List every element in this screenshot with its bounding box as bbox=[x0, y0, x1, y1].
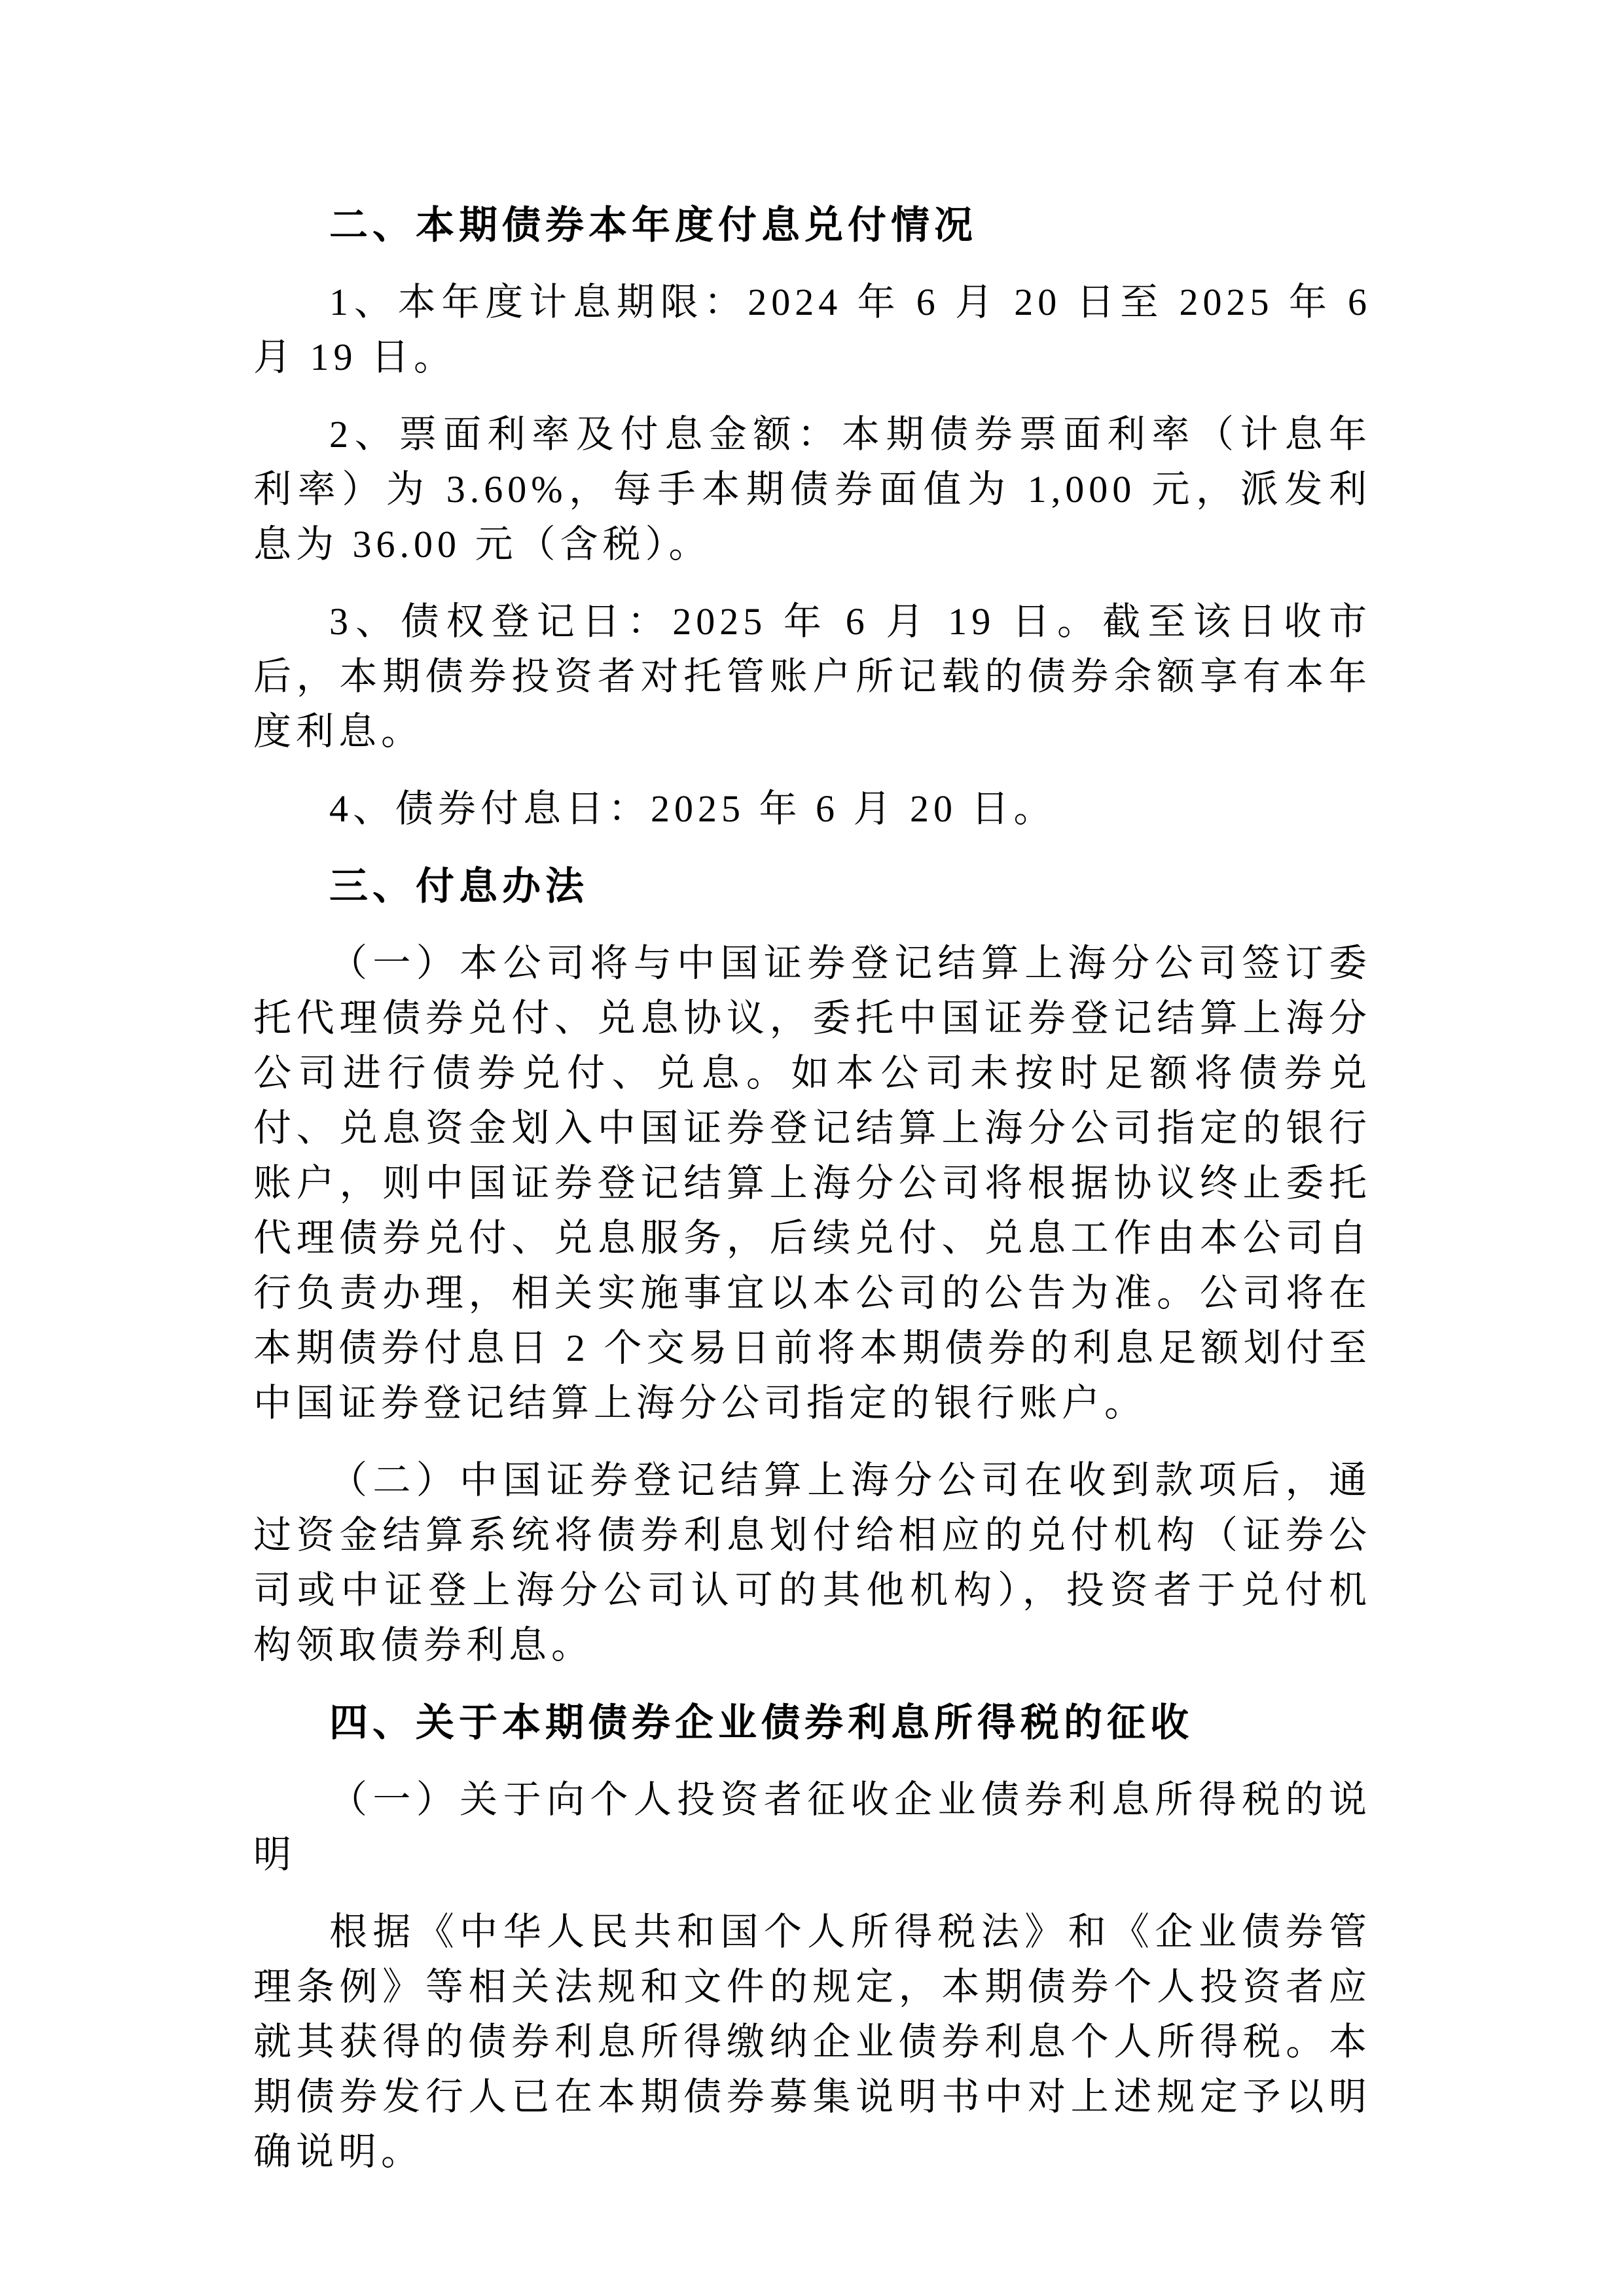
paragraph-individual-tax-note-body: 根据《中华人民共和国个人所得税法》和《企业债券管理条例》等相关法规和文件的规定，… bbox=[253, 1905, 1371, 2179]
document-page: 二、本期债券本年度付息兑付情况 1、本年度计息期限：2024 年 6 月 20 … bbox=[0, 0, 1624, 2296]
section-annual-payment-info: 二、本期债券本年度付息兑付情况 1、本年度计息期限：2024 年 6 月 20 … bbox=[253, 198, 1371, 836]
section-heading-annual-payment-info: 二、本期债券本年度付息兑付情况 bbox=[253, 198, 1371, 253]
section-heading-income-tax: 四、关于本期债券企业债券利息所得税的征收 bbox=[253, 1695, 1371, 1750]
paragraph-record-date: 3、债权登记日：2025 年 6 月 19 日。截至该日收市后，本期债券投资者对… bbox=[253, 594, 1371, 759]
paragraph-interest-period: 1、本年度计息期限：2024 年 6 月 20 日至 2025 年 6 月 19… bbox=[253, 275, 1371, 385]
paragraph-payment-date: 4、债券付息日：2025 年 6 月 20 日。 bbox=[253, 781, 1371, 836]
paragraph-individual-tax-note-title: （一）关于向个人投资者征收企业债券利息所得税的说明 bbox=[253, 1772, 1371, 1882]
section-payment-method: 三、付息办法 （一）本公司将与中国证券登记结算上海分公司签订委托代理债券兑付、兑… bbox=[253, 859, 1371, 1673]
paragraph-coupon-rate-amount: 2、票面利率及付息金额：本期债券票面利率（计息年利率）为 3.60%，每手本期债… bbox=[253, 407, 1371, 572]
paragraph-payment-method-item-1: （一）本公司将与中国证券登记结算上海分公司签订委托代理债券兑付、兑息协议，委托中… bbox=[253, 936, 1371, 1431]
section-heading-payment-method: 三、付息办法 bbox=[253, 859, 1371, 914]
section-income-tax: 四、关于本期债券企业债券利息所得税的征收 （一）关于向个人投资者征收企业债券利息… bbox=[253, 1695, 1371, 2179]
paragraph-payment-method-item-2: （二）中国证券登记结算上海分公司在收到款项后，通过资金结算系统将债券利息划付给相… bbox=[253, 1453, 1371, 1673]
